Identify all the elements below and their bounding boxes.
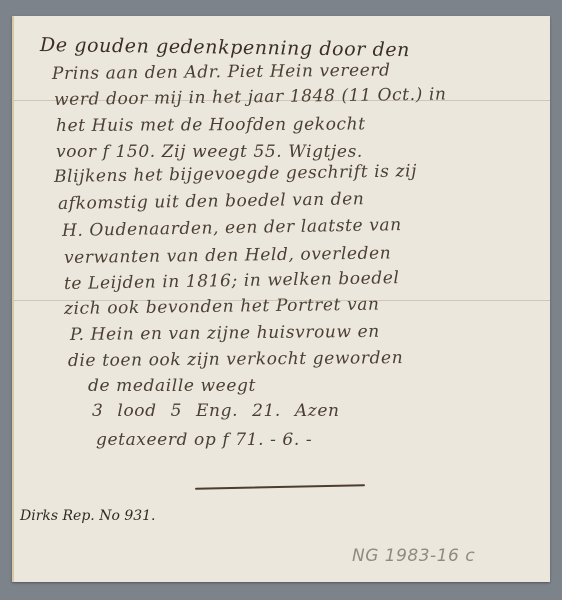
text-line-3: werd door mij in het jaar 1848 (11 Oct.)… xyxy=(54,85,447,110)
text-line-4: het Huis met de Hoofden gekocht xyxy=(56,114,366,136)
text-line-7: afkomstig uit den boedel van den xyxy=(58,189,365,214)
text-line-1: De gouden gedenkpenning door den xyxy=(40,34,410,61)
text-line-8: H. Oudenaarden, een der laatste van xyxy=(62,215,402,241)
text-line-13: die toen ook zijn verkocht geworden xyxy=(68,348,403,371)
text-line-12: P. Hein en van zijne huisvrouw en xyxy=(70,322,380,345)
text-line-10: te Leijden in 1816; in welken boedel xyxy=(64,268,400,294)
text-line-11: zich ook bevonden het Portret van xyxy=(64,295,380,319)
text-line-2: Prins aan den Adr. Piet Hein vereerd xyxy=(52,60,391,84)
document-page: De gouden gedenkpenning door den Prins a… xyxy=(12,16,550,582)
underline-stroke xyxy=(195,484,365,490)
text-line-15: 3 lood 5 Eng. 21. Azen xyxy=(92,401,340,421)
text-line-14: de medaille weegt xyxy=(88,376,256,396)
inventory-number: NG 1983-16 c xyxy=(352,546,475,566)
text-line-6: Blijkens het bijgevoegde geschrift is zi… xyxy=(54,161,417,187)
text-line-9: verwanten van den Held, overleden xyxy=(64,243,392,268)
text-line-5: voor f 150. Zij weegt 55. Wigtjes. xyxy=(56,142,363,162)
text-line-16: getaxeerd op f 71. - 6. - xyxy=(96,430,312,450)
reference-note: Dirks Rep. No 931. xyxy=(20,508,156,524)
